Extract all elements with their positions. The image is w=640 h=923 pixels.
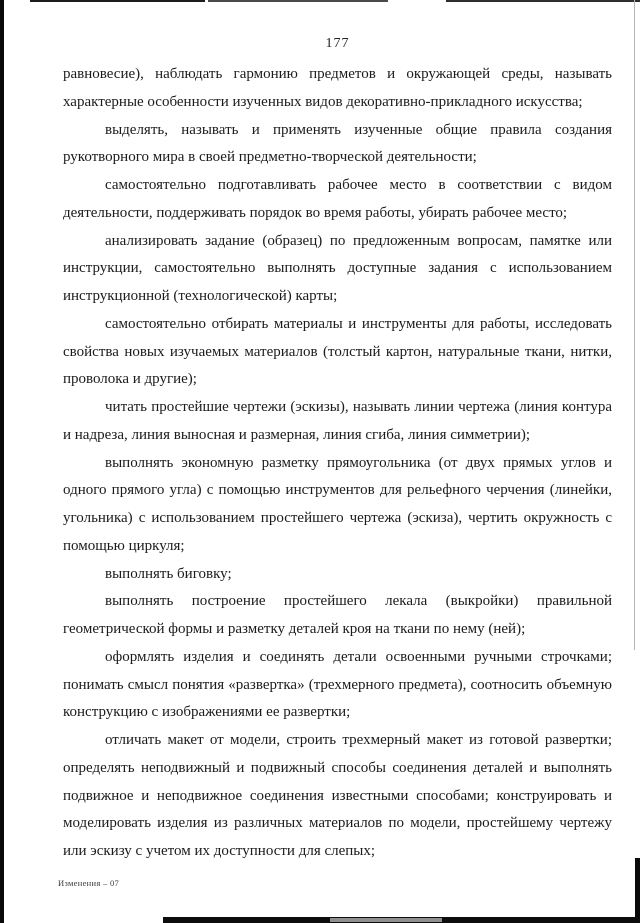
scan-edge-top xyxy=(446,0,640,2)
scan-edge-right xyxy=(634,0,635,650)
paragraph: анализировать задание (образец) по предл… xyxy=(63,228,612,311)
scan-edge-left xyxy=(0,0,4,923)
paragraph: самостоятельно отбирать материалы и инст… xyxy=(63,311,612,394)
page-number: 177 xyxy=(63,36,612,52)
paragraph: оформлять изделия и соединять детали осв… xyxy=(63,644,612,727)
footer-note: Изменения – 07 xyxy=(58,878,119,888)
paragraph: равновесие), наблюдать гармонию предмето… xyxy=(63,61,612,117)
paragraph: выделять, называть и применять изученные… xyxy=(63,117,612,173)
paragraph: выполнять биговку; xyxy=(63,561,612,589)
paragraph: читать простейшие чертежи (эскизы), назы… xyxy=(63,394,612,450)
paragraph: выполнять построение простейшего лекала … xyxy=(63,588,612,644)
paragraph: отличать макет от модели, строить трехме… xyxy=(63,727,612,866)
scan-edge-bottom xyxy=(330,918,442,922)
scan-edge-top xyxy=(30,0,205,2)
paragraph: самостоятельно подготавливать рабочее ме… xyxy=(63,172,612,228)
page-body: равновесие), наблюдать гармонию предмето… xyxy=(63,61,612,866)
scan-edge-right xyxy=(635,858,640,923)
paragraph: выполнять экономную разметку прямоугольн… xyxy=(63,450,612,561)
scan-edge-top xyxy=(208,0,388,2)
